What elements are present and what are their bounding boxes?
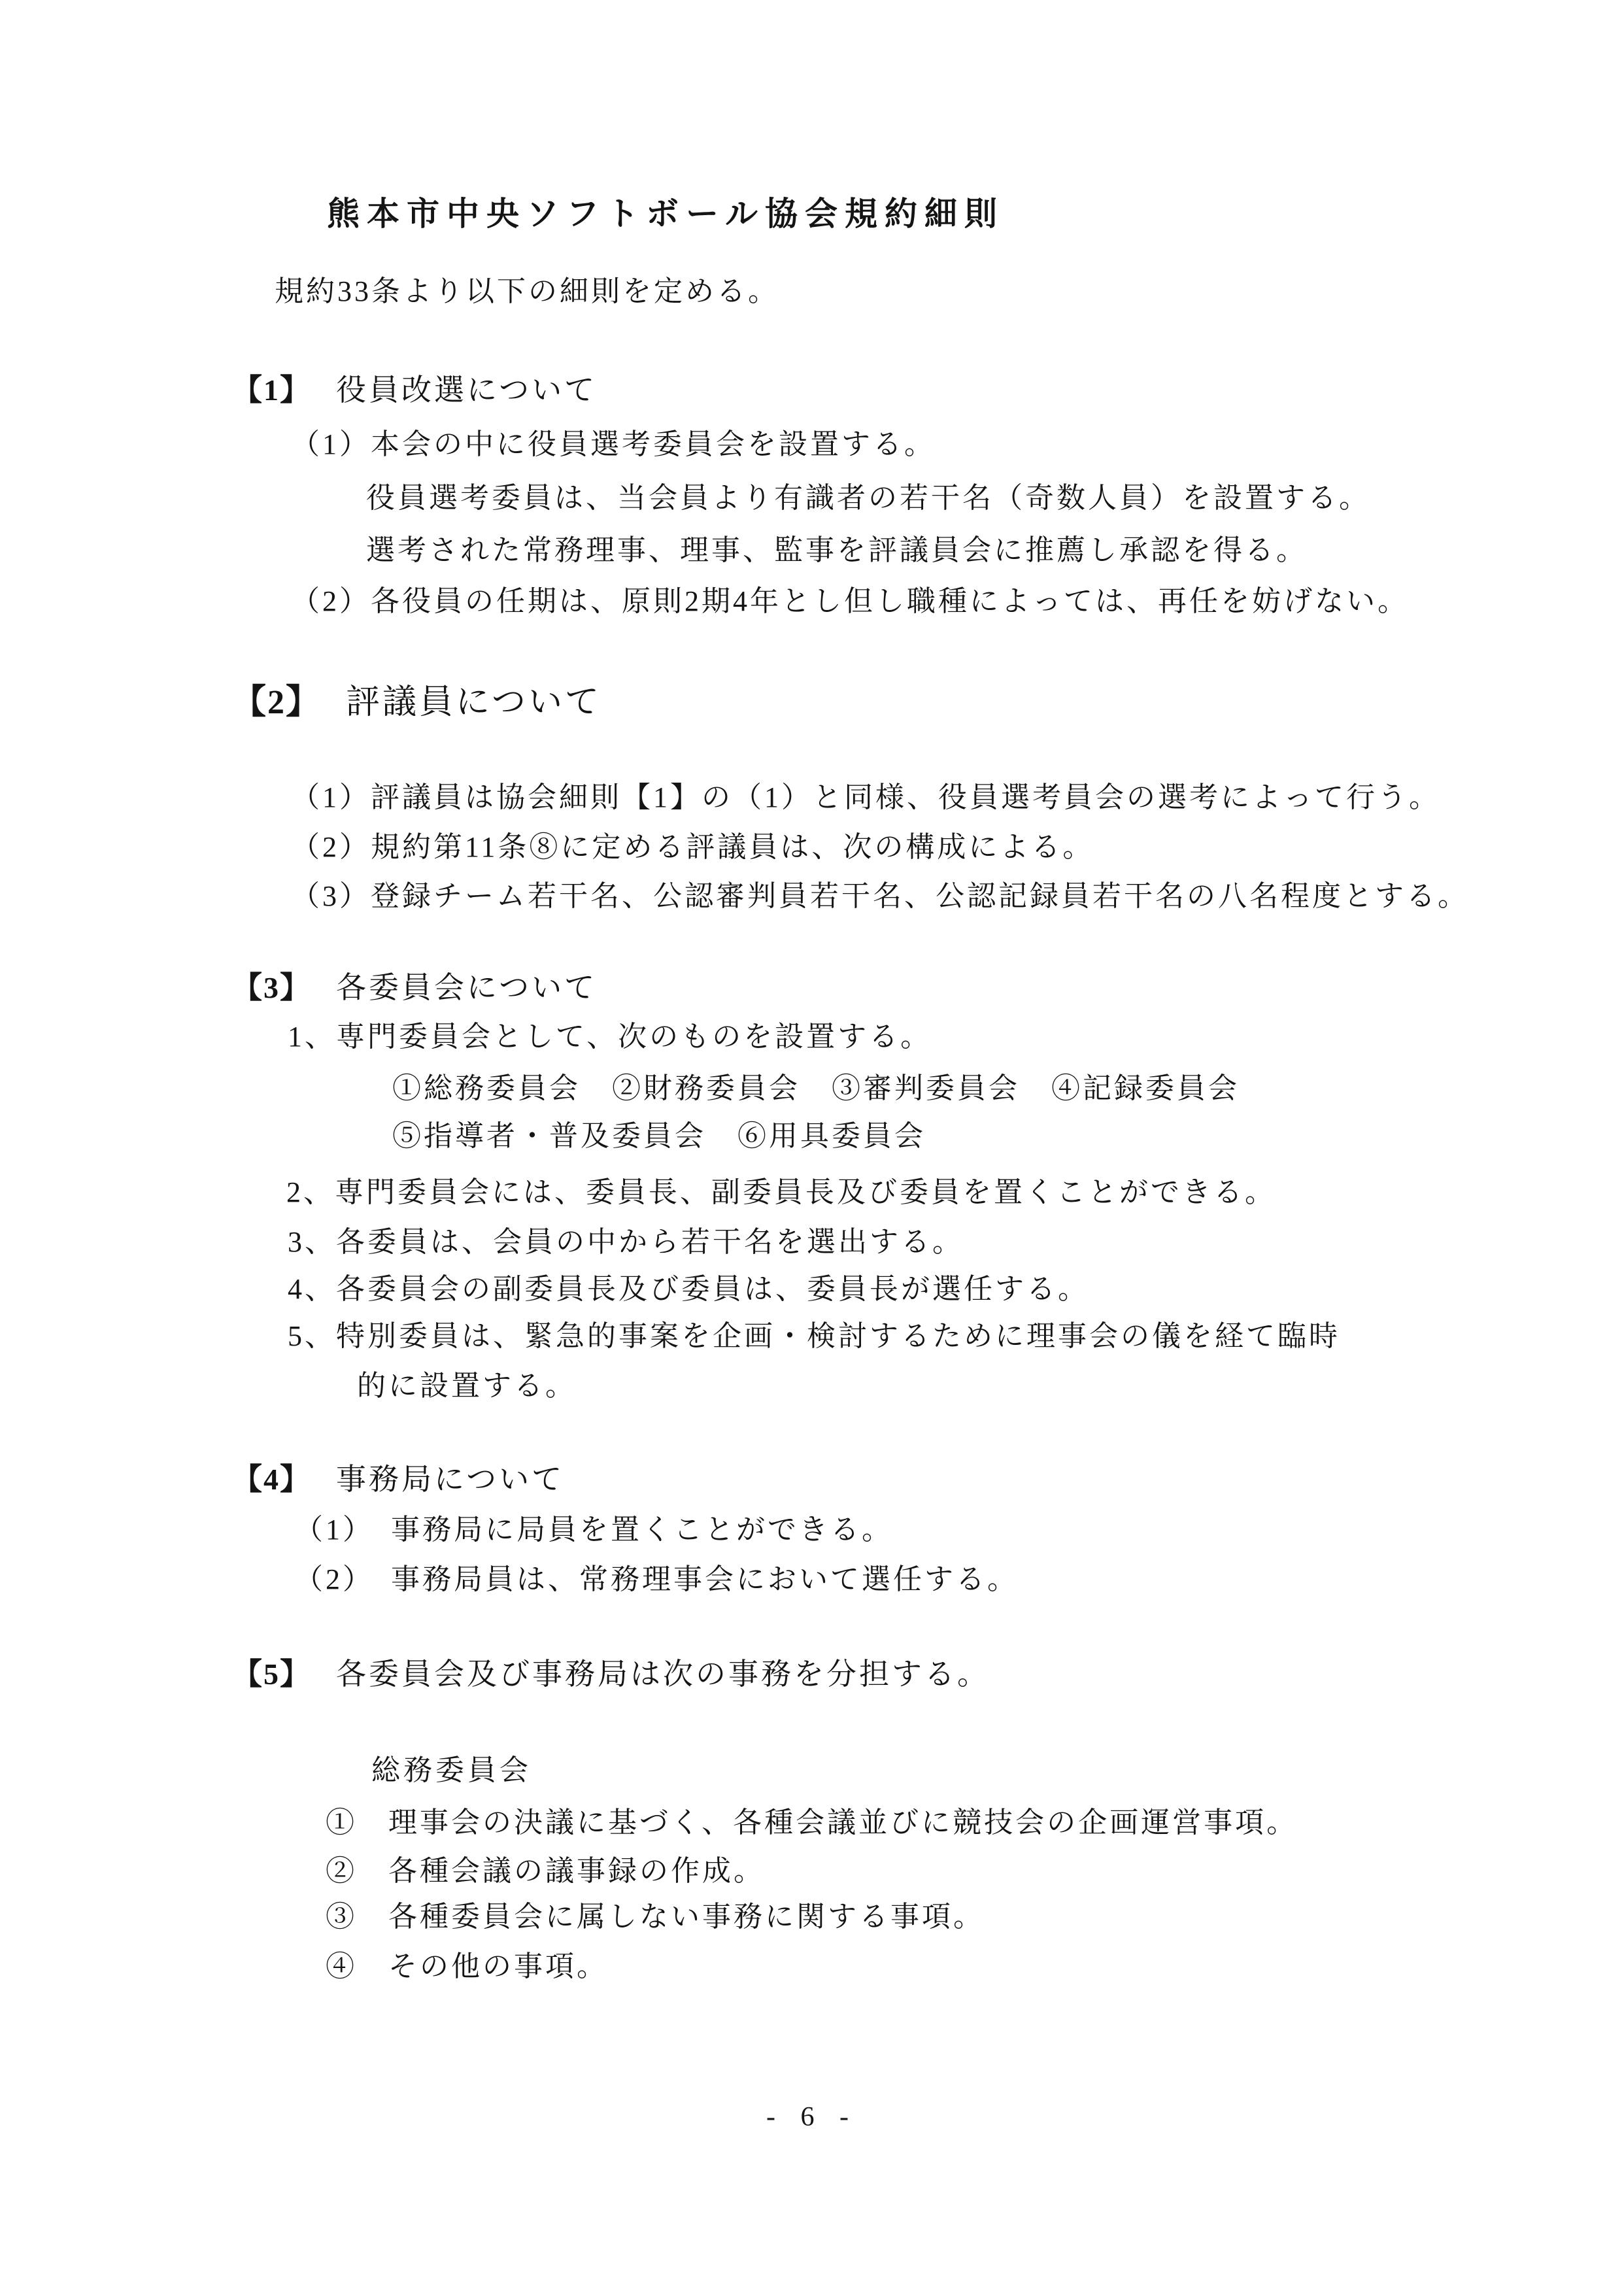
section-4-heading: 事務局について: [336, 1463, 564, 1496]
section-4-marker: 【4】: [232, 1463, 311, 1496]
general-affairs-item-4: ④ その他の事項。: [326, 1951, 608, 1982]
general-affairs-item-2: ② 各種会議の議事録の作成。: [326, 1856, 765, 1887]
section-3-item-5-continuation: 的に設置する。: [357, 1370, 577, 1402]
general-affairs-committee-heading: 総務委員会: [371, 1755, 532, 1786]
section-4-item-2: （2） 事務局員は、常務理事会において選任する。: [294, 1564, 1019, 1595]
section-1-header: 【1】役員改選について: [232, 374, 597, 407]
section-3-heading: 各委員会について: [336, 971, 597, 1004]
section-3-marker: 【3】: [232, 971, 311, 1004]
section-3-item-1: 1、専門委員会として、次のものを設置する。: [288, 1021, 932, 1053]
page-number: - 6 -: [0, 2101, 1624, 2133]
section-5-heading: 各委員会及び事務局は次の事務を分担する。: [336, 1657, 990, 1691]
section-2-item-2: （2）規約第11条⑧に定める評議員は、次の構成による。: [291, 832, 1094, 863]
section-5-header: 【5】各委員会及び事務局は次の事務を分担する。: [232, 1658, 990, 1691]
section-1-heading: 役員改選について: [336, 373, 597, 407]
section-1-marker: 【1】: [232, 373, 311, 407]
section-5-marker: 【5】: [232, 1657, 311, 1691]
section-1-continuation-2: 選考された常務理事、理事、監事を評議員会に推薦し承認を得る。: [366, 535, 1308, 566]
intro-line: 規約33条より以下の細則を定める。: [275, 276, 779, 307]
page-title: 熊本市中央ソフトボール協会規約細則: [327, 196, 1004, 232]
section-3-item-2: 2、専門委員会には、委員長、副委員長及び委員を置くことができる。: [286, 1177, 1276, 1208]
section-2-heading: 評議員について: [346, 684, 601, 721]
section-1-item-2: （2）各役員の任期は、原則2期4年とし但し職種によっては、再任を妨げない。: [291, 586, 1409, 617]
general-affairs-item-1: ① 理事会の決議に基づく、各種会議並びに競技会の企画運営事項。: [326, 1807, 1298, 1839]
section-3-item-3: 3、各委員は、会員の中から若干名を選出する。: [288, 1227, 964, 1258]
section-3-item-4: 4、各委員会の副委員長及び委員は、委員長が選任する。: [288, 1274, 1089, 1305]
section-3-committee-list-1: ①総務委員会 ②財務委員会 ③審判委員会 ④記録委員会: [392, 1073, 1240, 1104]
section-4-item-1: （1） 事務局に局員を置くことができる。: [294, 1514, 893, 1546]
section-2-header: 【2】評議員について: [232, 684, 601, 721]
section-2-item-1: （1）評議員は協会細則【1】の（1）と同様、役員選考員会の選考によって行う。: [291, 782, 1440, 813]
section-3-header: 【3】各委員会について: [232, 972, 597, 1005]
section-3-item-5: 5、特別委員は、緊急的事案を企画・検討するために理事会の儀を経て臨時: [288, 1321, 1340, 1352]
section-1-continuation-1: 役員選考委員は、当会員より有識者の若干名（奇数人員）を設置する。: [366, 483, 1370, 514]
section-4-header: 【4】事務局について: [232, 1463, 564, 1497]
section-3-committee-list-2: ⑤指導者・普及委員会 ⑥用具委員会: [392, 1121, 926, 1152]
section-1-item-1: （1）本会の中に役員選考委員会を設置する。: [291, 429, 936, 460]
document-page: 熊本市中央ソフトボール協会規約細則 規約33条より以下の細則を定める。 【1】役…: [0, 0, 1624, 2291]
section-2-marker: 【2】: [232, 684, 321, 721]
general-affairs-item-3: ③ 各種委員会に属しない事務に関する事項。: [326, 1901, 985, 1933]
section-2-item-3: （3）登録チーム若干名、公認審判員若干名、公認記録員若干名の八名程度とする。: [291, 881, 1469, 912]
